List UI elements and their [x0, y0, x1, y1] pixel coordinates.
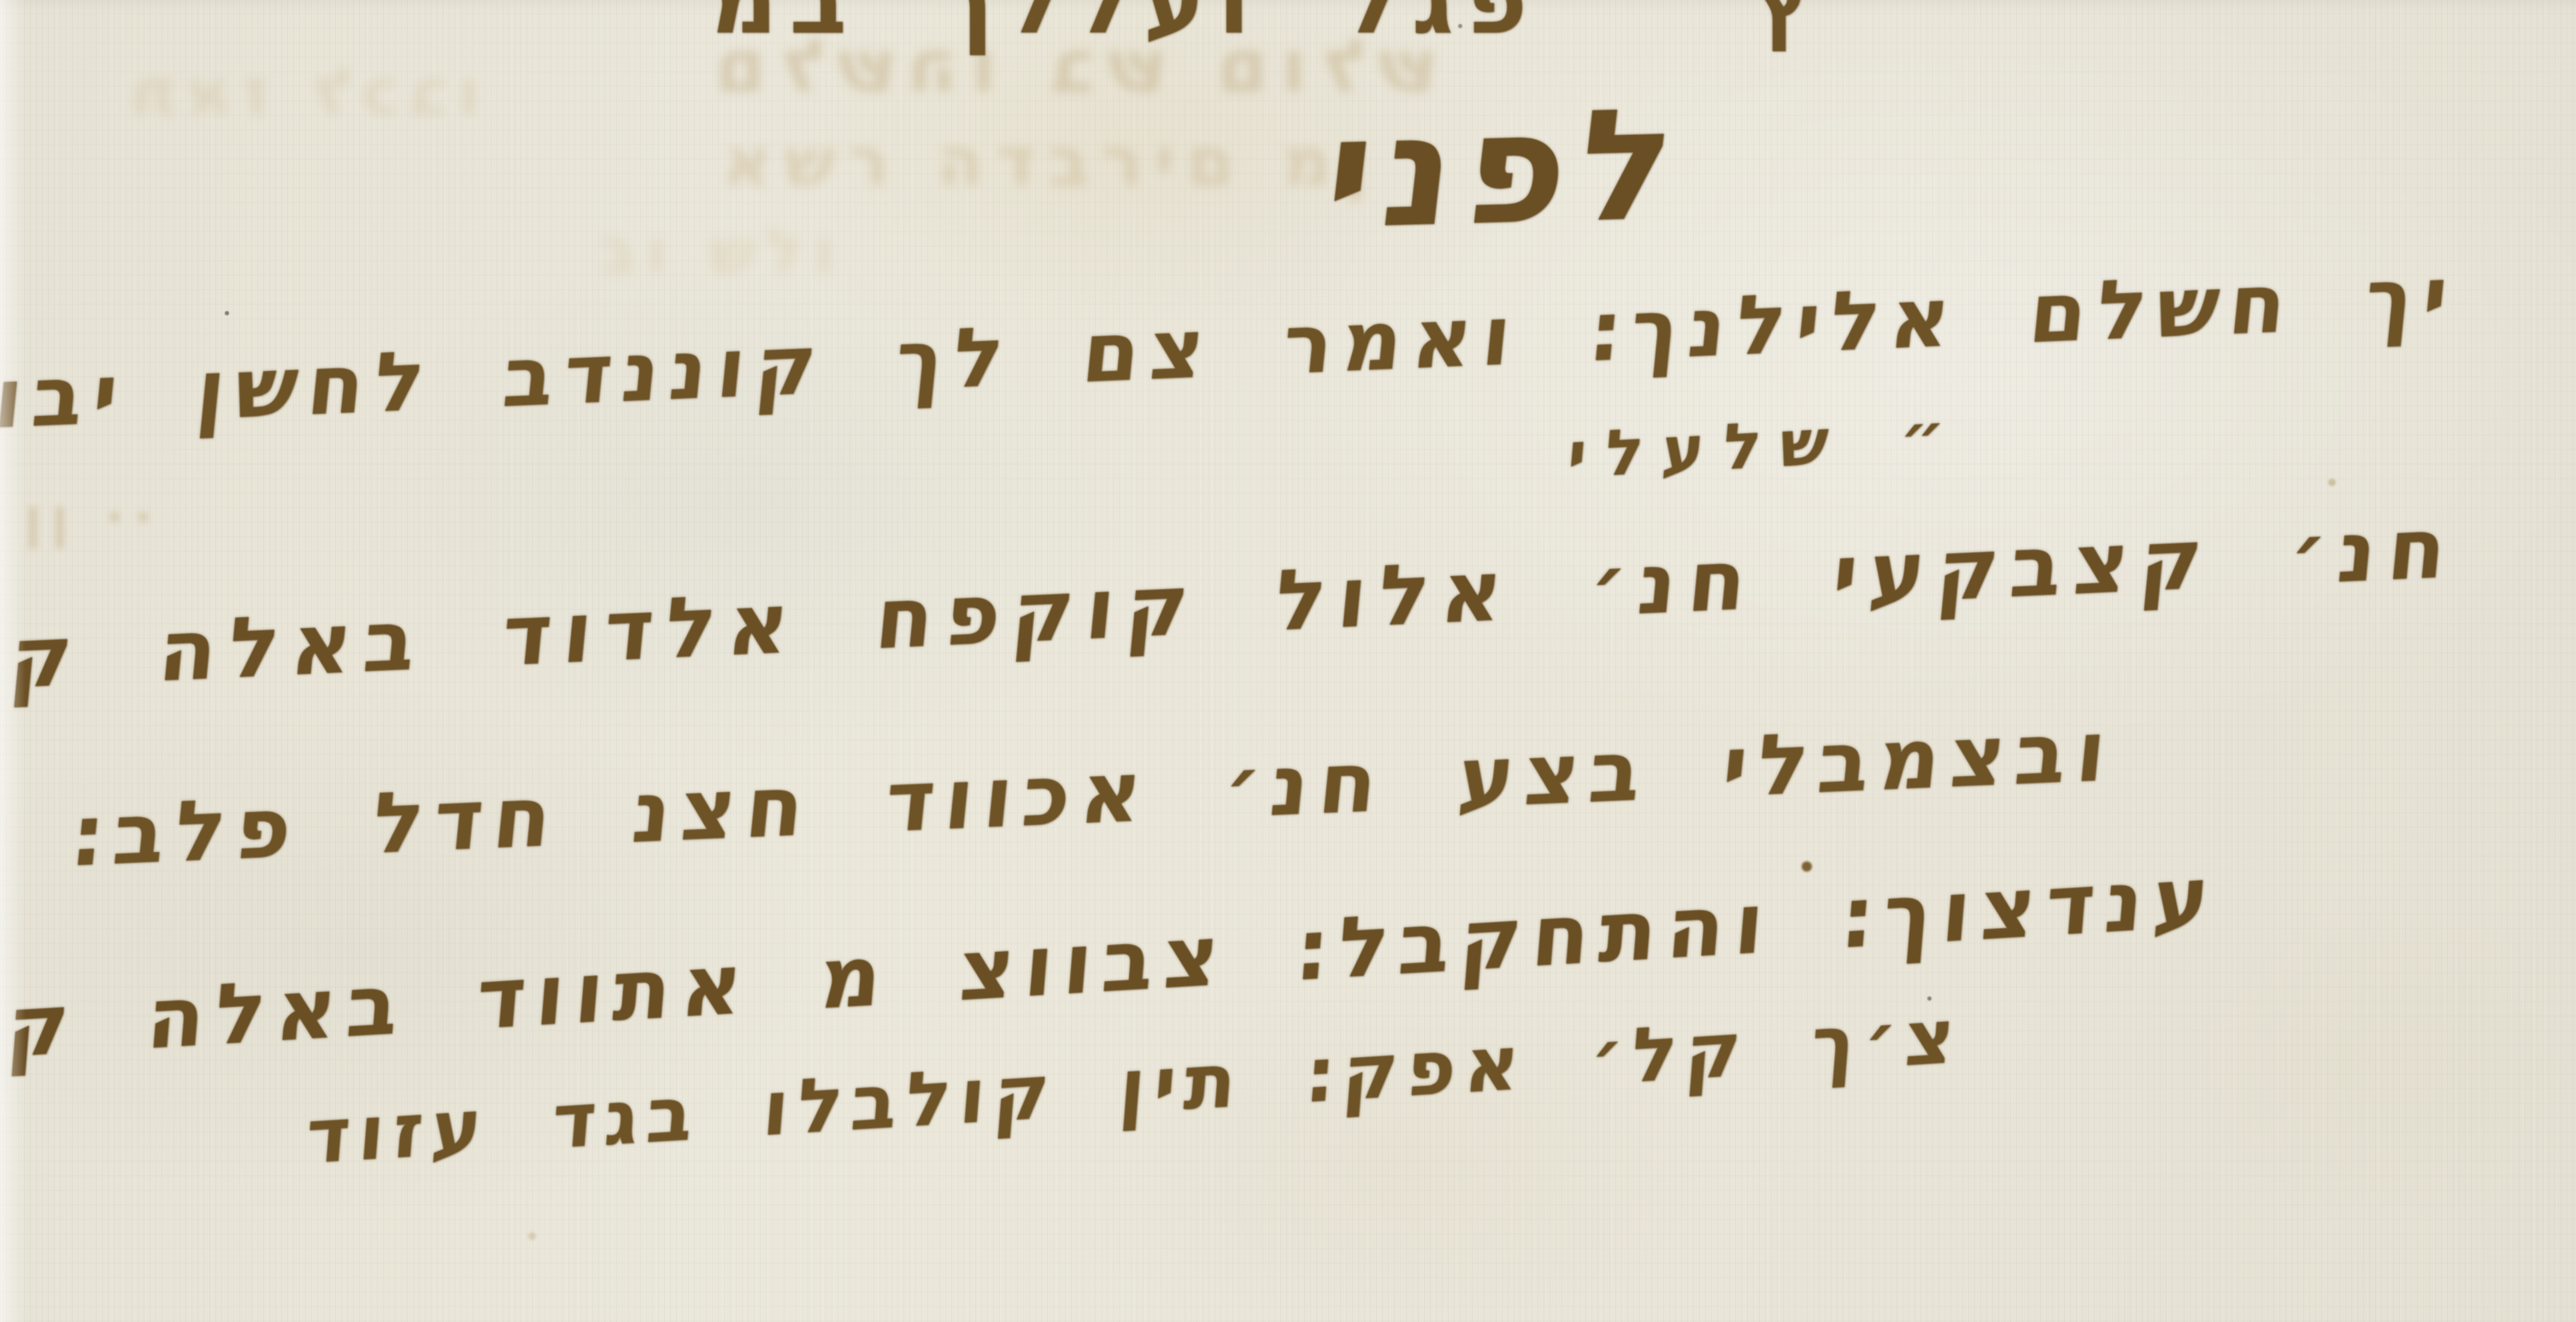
clipped-top-line-fragment: פגל ועללך במ	[709, 0, 1539, 47]
ink-layer: פגל ועללך במ ץ לפני יך חשלם אלילנך׃ ואמר…	[0, 0, 2576, 1322]
manuscript-line-3: ובצמבלי בצע חנ׳ אכווד חצנ חדל פלב׃ ני	[0, 709, 2120, 885]
insertion-gershayim-marks: ״	[1897, 398, 1967, 475]
manuscript-line-2: חנ׳ קצבקעי חנ׳ אלול קוקפח אלדוד באלה קונ…	[0, 506, 2461, 716]
ink-dot	[1802, 861, 1812, 872]
manuscript-line-1: יך חשלם אלילנך׃ ואמר צם לך קוננדב לחשן י…	[0, 255, 2461, 446]
paper-speck	[1927, 996, 1932, 1001]
scan-left-edge	[0, 0, 26, 1322]
foxing-speck	[528, 1232, 536, 1240]
paper-speck	[1458, 24, 1462, 28]
insertion-word: שלעלי	[1565, 404, 1850, 493]
interlinear-insertion: ״ שלעלי	[1565, 403, 1966, 488]
clipped-top-line-fragment-2: ץ	[1756, 0, 1810, 45]
heading-word: לפני	[1319, 88, 1693, 252]
paper-speck	[225, 311, 229, 315]
foxing-speck	[2328, 479, 2336, 486]
manuscript-page: םלשהו בש םולש ןמ םירבדה רשא תאז לכבו ·· …	[0, 0, 2576, 1322]
